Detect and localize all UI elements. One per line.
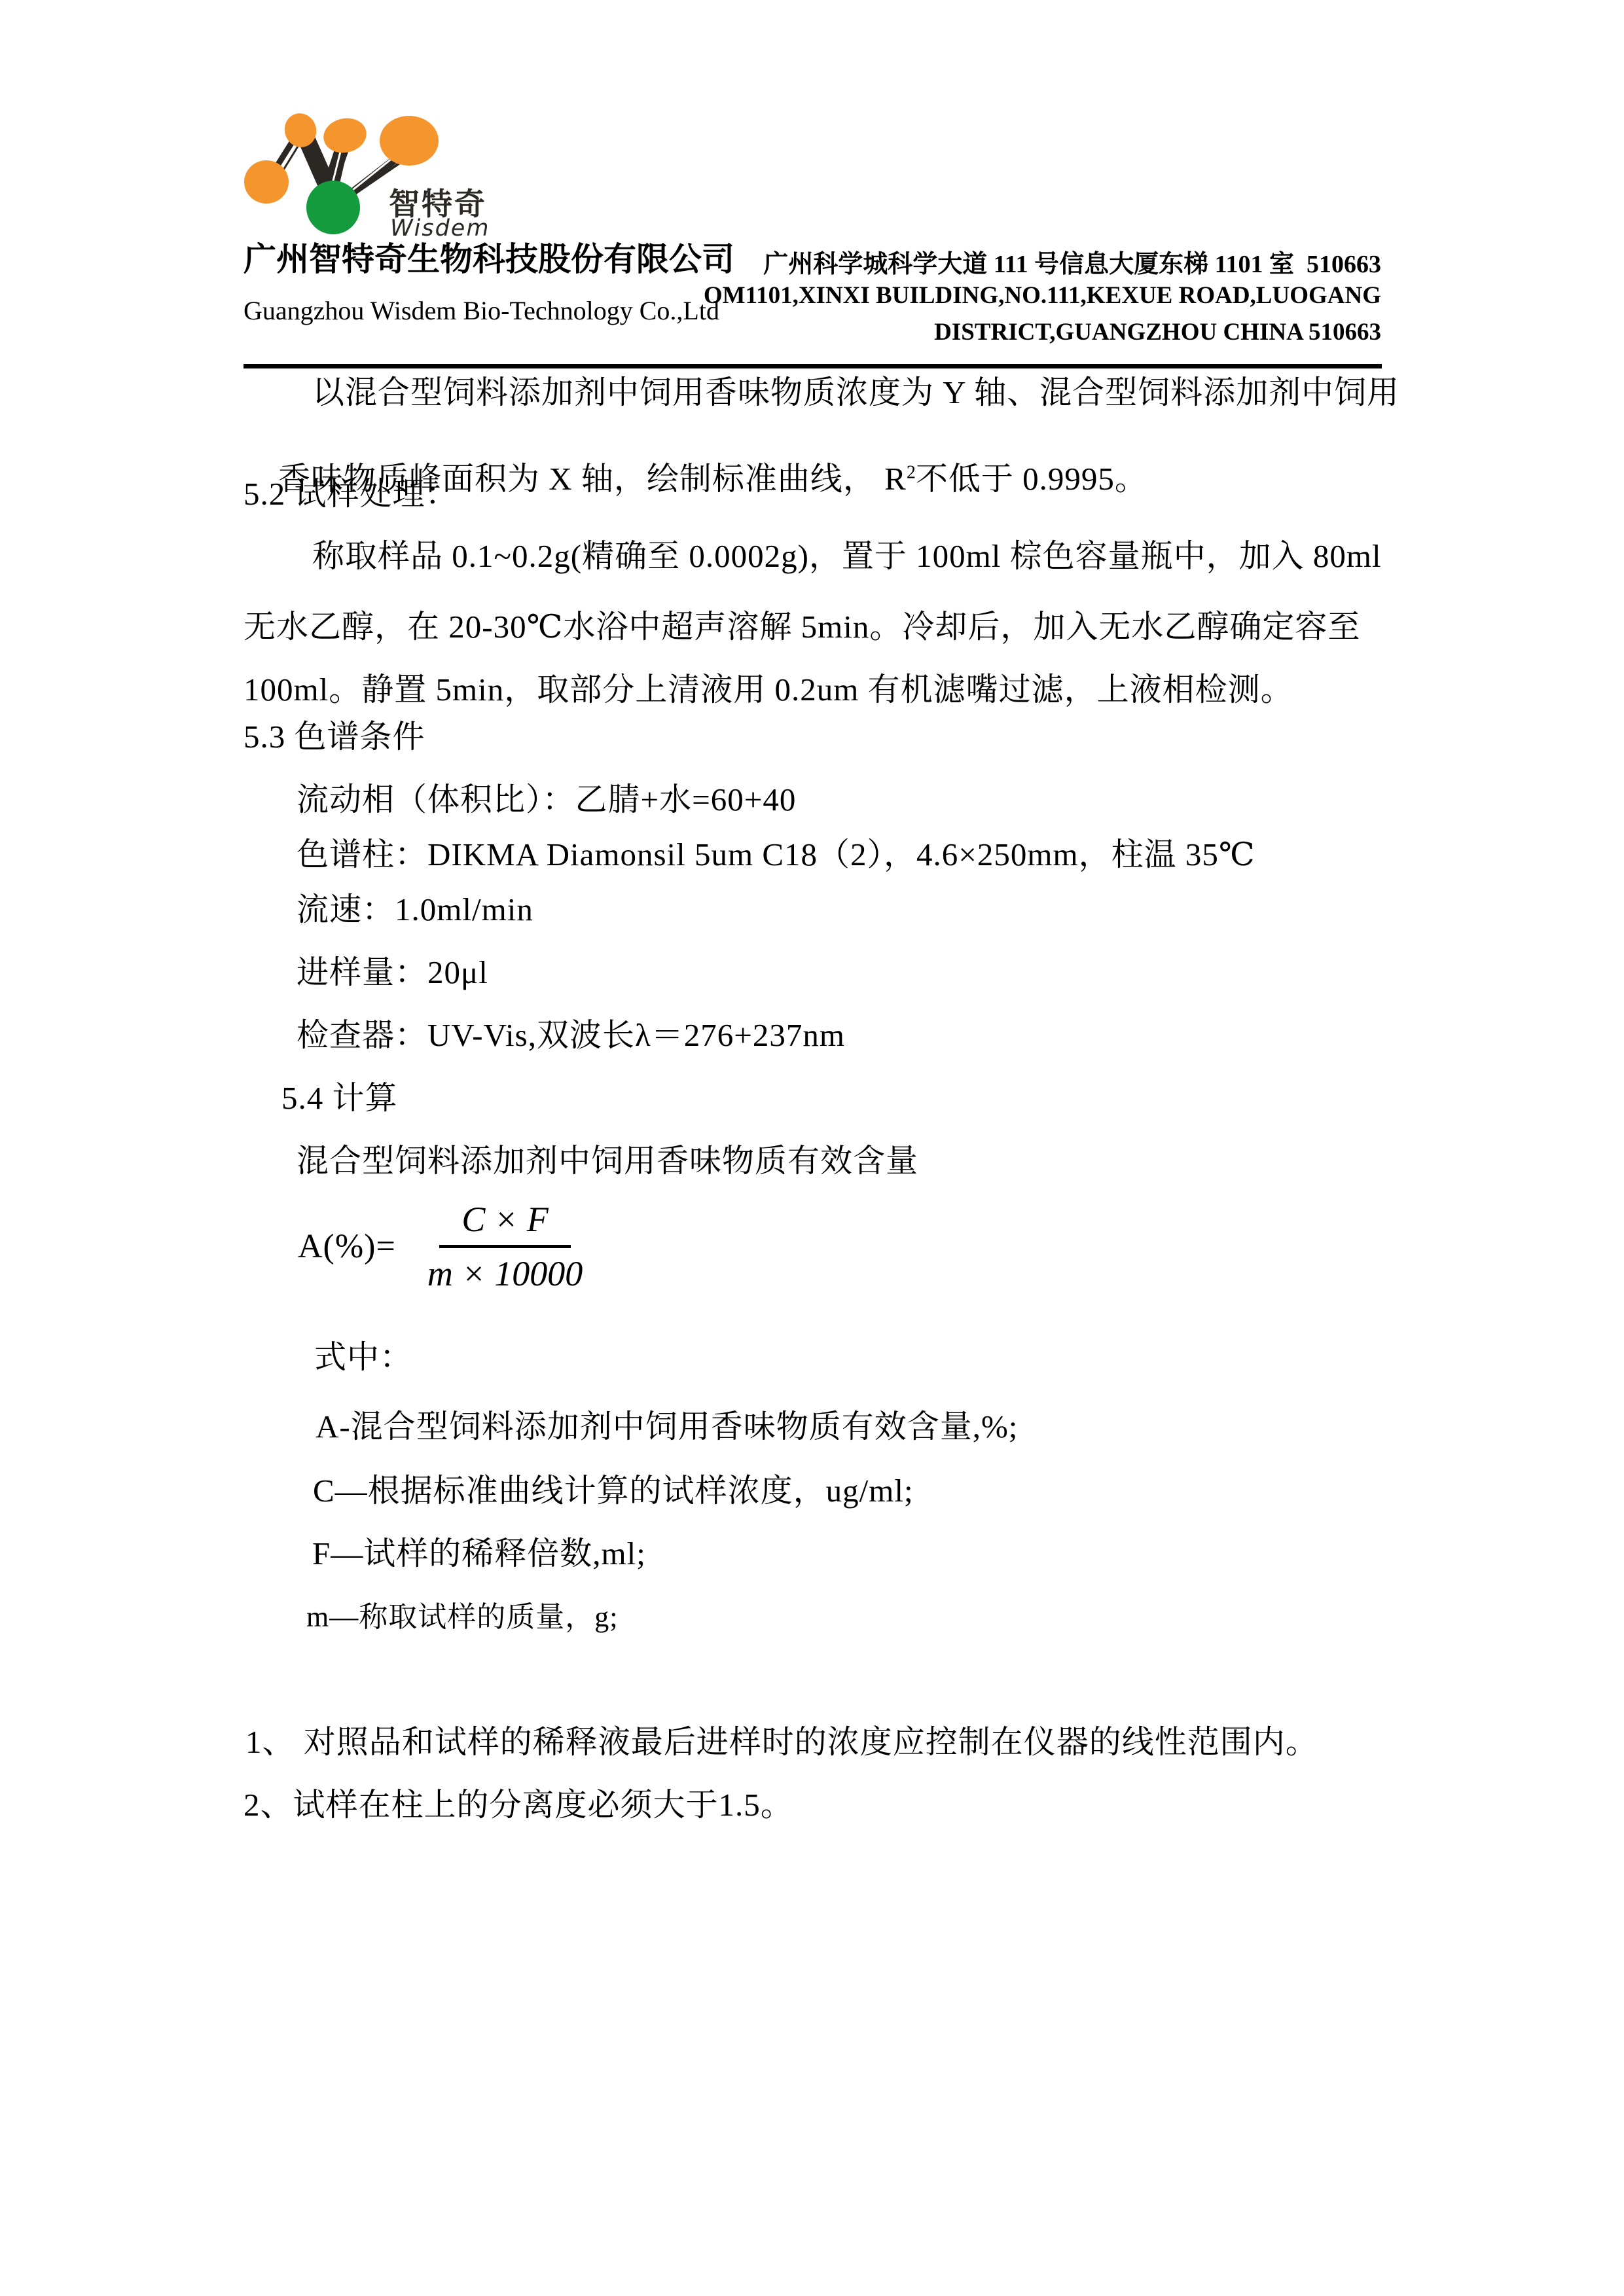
formula-fraction: C × F m × 10000	[421, 1199, 589, 1294]
column-line: 色谱柱：DIKMA Diamonsil 5um C18（2），4.6×250mm…	[297, 836, 1255, 873]
document-page: 智特奇 Wisdem 广州智特奇生物科技股份有限公司 Guangzhou Wis…	[0, 0, 1624, 2296]
section-5-4-heading: 5.4 计算	[281, 1080, 398, 1117]
section-5-2-line3: 100ml。静置 5min，取部分上清液用 0.2um 有机滤嘴过滤，上液相检测…	[244, 672, 1293, 708]
detector-line: 检查器：UV-Vis,双波长λ＝276+237nm	[297, 1017, 845, 1054]
para1-line2-post: 不低于 0.9995。	[916, 461, 1147, 497]
definition-c: C—根据标准曲线计算的试样浓度，ug/ml;	[313, 1473, 914, 1509]
company-name-en: Guangzhou Wisdem Bio-Technology Co.,Ltd	[244, 296, 719, 326]
flow-rate-line: 流速：1.0ml/min	[297, 891, 533, 928]
section-5-3-heading: 5.3 色谱条件	[244, 719, 425, 755]
section-5-2-line1: 称取样品 0.1~0.2g(精确至 0.0002g)，置于 100ml 棕色容量…	[312, 538, 1382, 575]
section-5-2-line2: 无水乙醇，在 20-30℃水浴中超声溶解 5min。冷却后，加入无水乙醇确定容至	[244, 609, 1360, 645]
company-address-en-line2: DISTRICT,GUANGZHOU CHINA 510663	[934, 318, 1381, 346]
header-divider-rule	[244, 364, 1382, 368]
company-address-en-line1: OM1101,XINXI BUILDING,NO.111,KEXUE ROAD,…	[704, 281, 1381, 310]
logo-brand-en: Wisdem	[390, 215, 490, 241]
mobile-phase-line: 流动相（体积比）：乙腈+水=60+40	[297, 781, 796, 818]
definition-a: A-混合型饲料添加剂中饲用香味物质有效含量,%;	[316, 1408, 1018, 1445]
calculation-formula: A(%)= C × F m × 10000	[298, 1199, 589, 1294]
formula-numerator: C × F	[439, 1199, 570, 1248]
section-5-2-heading: 5.2 试样处理：	[244, 476, 458, 512]
para1-line1: 以混合型饲料添加剂中饲用香味物质浓度为 Y 轴、混合型饲料添加剂中饲用	[312, 374, 1399, 411]
company-address-cn: 广州科学城科学大道 111 号信息大厦东梯 1101 室 510663	[763, 243, 1381, 279]
r-squared-superscript: 2	[907, 463, 916, 483]
company-logo: 智特奇 Wisdem	[223, 97, 497, 241]
where-label: 式中：	[314, 1339, 412, 1376]
logo-green-circle	[306, 181, 360, 234]
note-1: 1、 对照品和试样的稀释液最后进样时的浓度应控制在仪器的线性范围内。	[245, 1724, 1318, 1761]
formula-lhs: A(%)=	[298, 1227, 396, 1266]
formula-denominator: m × 10000	[421, 1248, 589, 1294]
section-5-4-intro: 混合型饲料添加剂中饲用香味物质有效含量	[297, 1143, 918, 1179]
definition-m: m—称取试样的质量，g;	[306, 1601, 618, 1634]
company-name-cn: 广州智特奇生物科技股份有限公司	[244, 241, 734, 279]
injection-volume-line: 进样量：20μl	[297, 954, 488, 991]
note-2: 2、试样在柱上的分离度必须大于1.5。	[244, 1787, 793, 1823]
definition-f: F—试样的稀释倍数,ml;	[312, 1535, 646, 1572]
